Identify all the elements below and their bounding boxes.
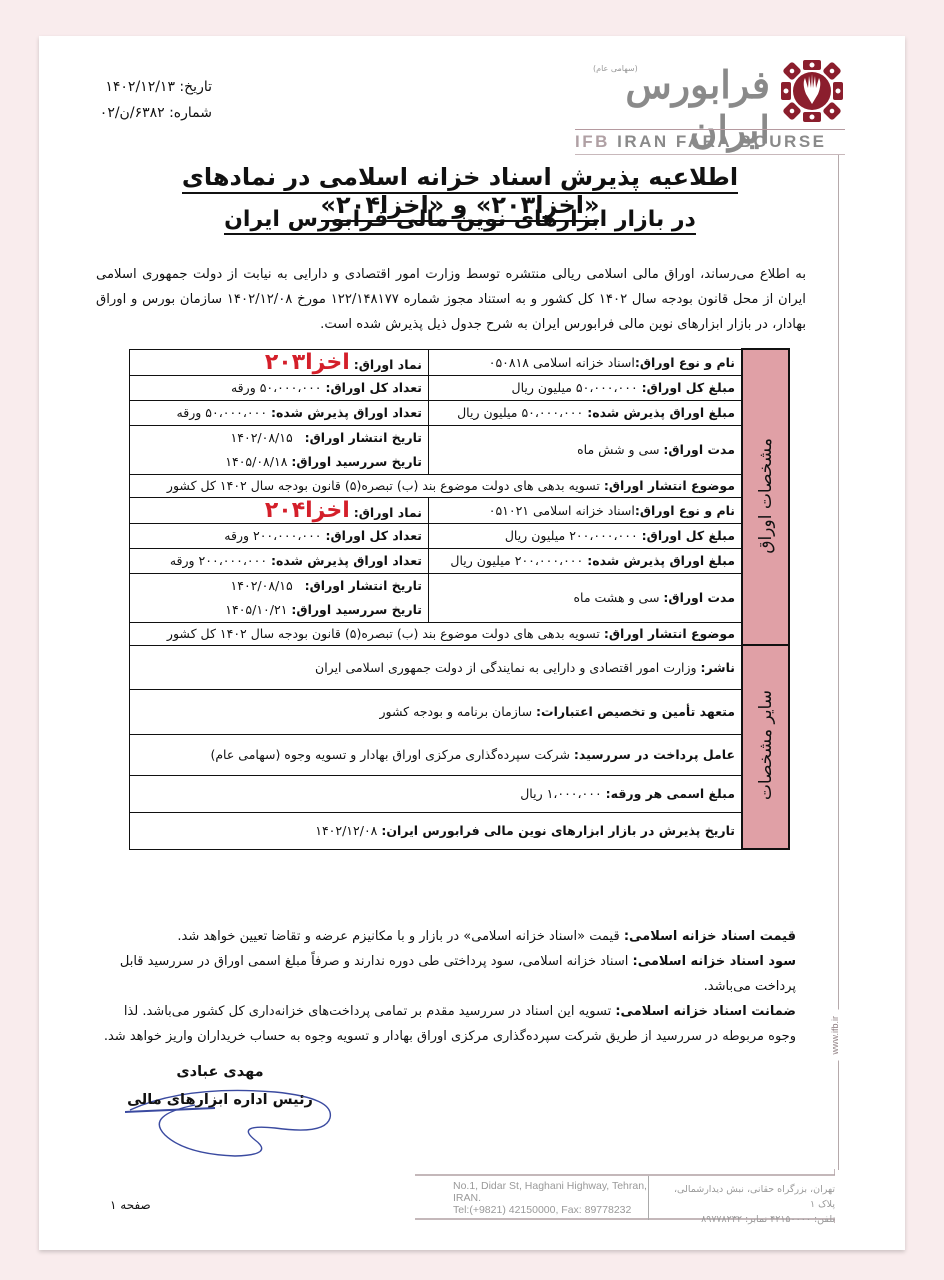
table-row: مبلغ اوراق پذیرش شده: ۵۰،۰۰۰،۰۰۰ میلیون … xyxy=(130,400,790,425)
footer-address-en: No.1, Didar St, Haghani Highway, Tehran,… xyxy=(453,1180,647,1216)
note-guarantee: ضمانت اسناد خزانه اسلامی: تسویه این اسنا… xyxy=(96,999,796,1049)
logo-name-en: IFB IRAN FARA BOURSE xyxy=(575,132,827,152)
page-subtitle: در بازار ابزارهای نوین مالی فرابورس ایرا… xyxy=(120,207,800,232)
table-row: متعهد تأمین و تخصیص اعتبارات: سازمان برن… xyxy=(130,689,790,734)
face-value-row: مبلغ اسمی هر ورقه: ۱،۰۰۰،۰۰۰ ریال xyxy=(130,775,743,812)
bond2-subject: موضوع انتشار اوراق: تسویه بدهی های دولت … xyxy=(130,622,743,645)
footer-phone-en: Tel:(+9821) 42150000, Fax: 89778232 xyxy=(453,1204,647,1216)
footer-phone-fa: تلفن: ۴۲۱۵۰۰۰۰ نمابر: ۸۹۷۷۸۲۳۲ xyxy=(660,1212,835,1227)
bond1-duration: مدت اوراق: سی و شش ماه xyxy=(429,425,743,474)
date-line: تاریخ: ۱۴۰۲/۱۲/۱۳ xyxy=(82,74,212,100)
letter-meta: تاریخ: ۱۴۰۲/۱۲/۱۳ شماره: ۶۳۸۲/ن/۰۲ xyxy=(82,74,212,126)
table-row: مبلغ اسمی هر ورقه: ۱،۰۰۰،۰۰۰ ریال xyxy=(130,775,790,812)
note-profit: سود اسناد خزانه اسلامی: اسناد خزانه اسلا… xyxy=(96,949,796,999)
bond2-accepted-count: تعداد اوراق پذیرش شده: ۲۰۰،۰۰۰،۰۰۰ ورقه xyxy=(130,548,429,573)
bond1-subject: موضوع انتشار اوراق: تسویه بدهی های دولت … xyxy=(130,474,743,497)
section-label-bonds: مشخصات اوراق xyxy=(742,349,789,645)
header-rule xyxy=(575,154,845,155)
date-label: تاریخ: xyxy=(179,79,212,95)
ifb-emblem-icon xyxy=(779,58,845,124)
bond2-name: نام و نوع اوراق:اسناد خزانه اسلامی ۰۵۱۰۲… xyxy=(429,497,743,523)
bond1-name: نام و نوع اوراق:اسناد خزانه اسلامی ۰۵۰۸۱… xyxy=(429,349,743,375)
bond-spec-table: مشخصات اوراق نام و نوع اوراق:اسناد خزانه… xyxy=(129,348,790,850)
number-value: ۶۳۸۲/ن/۰۲ xyxy=(100,105,165,121)
bond2-maturity-date: تاریخ سررسید اوراق: ۱۴۰۵/۱۰/۲۱ xyxy=(130,598,429,623)
bond2-symbol: نماد اوراق: اخزا۲۰۴ xyxy=(130,497,429,523)
table-row: سایر مشخصات ناشر: وزارت امور اقتصادی و د… xyxy=(130,645,790,689)
bond1-total-amount: مبلغ کل اوراق: ۵۰،۰۰۰،۰۰۰ میلیون ریال xyxy=(429,375,743,400)
bond1-accepted-count: تعداد اوراق پذیرش شده: ۵۰،۰۰۰،۰۰۰ ورقه xyxy=(130,400,429,425)
ifb-logo: (سهامی عام) فرابورس ایران IFB IRAN FARA … xyxy=(575,58,845,154)
bond1-accepted-amount: مبلغ اوراق پذیرش شده: ۵۰،۰۰۰،۰۰۰ میلیون … xyxy=(429,400,743,425)
table-row: موضوع انتشار اوراق: تسویه بدهی های دولت … xyxy=(130,474,790,497)
bond2-total-count: تعداد کل اوراق: ۲۰۰،۰۰۰،۰۰۰ ورقه xyxy=(130,523,429,548)
page-number: صفحه ۱ xyxy=(110,1198,151,1212)
bond1-issue-date: تاریخ انتشار اوراق: ۱۴۰۲/۰۸/۱۵ xyxy=(130,425,429,450)
footer-divider xyxy=(648,1176,649,1220)
guarantor-row: متعهد تأمین و تخصیص اعتبارات: سازمان برن… xyxy=(130,689,743,734)
table-row: نام و نوع اوراق:اسناد خزانه اسلامی ۰۵۱۰۲… xyxy=(130,497,790,523)
section-label-other: سایر مشخصات xyxy=(742,645,789,849)
logo-abbr: IFB xyxy=(575,132,610,151)
bond1-symbol: نماد اوراق: اخزا۲۰۳ xyxy=(130,349,429,375)
table-row: مبلغ کل اوراق: ۲۰۰،۰۰۰،۰۰۰ میلیون ریال ت… xyxy=(130,523,790,548)
logo-name-en-text: IRAN FARA BOURSE xyxy=(617,132,826,151)
number-label: شماره: xyxy=(169,105,212,121)
bond2-accepted-amount: مبلغ اوراق پذیرش شده: ۲۰۰،۰۰۰،۰۰۰ میلیون… xyxy=(429,548,743,573)
signature-block: مهدی عبادی رئیس اداره ابزارهای مالی xyxy=(120,1058,320,1114)
signer-title: رئیس اداره ابزارهای مالی xyxy=(120,1086,320,1114)
date-value: ۱۴۰۲/۱۲/۱۳ xyxy=(105,79,175,95)
intro-paragraph: به اطلاع می‌رساند، اوراق مالی اسلامی ریا… xyxy=(96,262,806,337)
notes-section: قیمت اسناد خزانه اسلامی: قیمت «اسناد خزا… xyxy=(96,924,796,1049)
payment-agent-row: عامل پرداخت در سررسید: شرکت سپرده‌گذاری … xyxy=(130,734,743,775)
table-row: مبلغ کل اوراق: ۵۰،۰۰۰،۰۰۰ میلیون ریال تع… xyxy=(130,375,790,400)
bond2-issue-date: تاریخ انتشار اوراق: ۱۴۰۲/۰۸/۱۵ xyxy=(130,573,429,598)
bond1-maturity-date: تاریخ سررسید اوراق: ۱۴۰۵/۰۸/۱۸ xyxy=(130,450,429,475)
bond1-total-count: تعداد کل اوراق: ۵۰،۰۰۰،۰۰۰ ورقه xyxy=(130,375,429,400)
logo-divider xyxy=(575,129,845,130)
table-row: موضوع انتشار اوراق: تسویه بدهی های دولت … xyxy=(130,622,790,645)
note-price: قیمت اسناد خزانه اسلامی: قیمت «اسناد خزا… xyxy=(96,924,796,949)
issuer-row: ناشر: وزارت امور اقتصادی و دارایی به نما… xyxy=(130,645,743,689)
number-line: شماره: ۶۳۸۲/ن/۰۲ xyxy=(82,100,212,126)
acceptance-date-row: تاریخ پذیرش در بازار ابزارهای نوین مالی … xyxy=(130,812,743,849)
table-row: مبلغ اوراق پذیرش شده: ۲۰۰،۰۰۰،۰۰۰ میلیون… xyxy=(130,548,790,573)
bond2-duration: مدت اوراق: سی و هشت ماه xyxy=(429,573,743,622)
table-row: مدت اوراق: سی و هشت ماه تاریخ انتشار اور… xyxy=(130,573,790,598)
bond1-symbol-value: اخزا۲۰۳ xyxy=(265,350,350,375)
table-row: مدت اوراق: سی و شش ماه تاریخ انتشار اورا… xyxy=(130,425,790,450)
table-row: مشخصات اوراق نام و نوع اوراق:اسناد خزانه… xyxy=(130,349,790,375)
website-link[interactable]: www.ifb.ir xyxy=(830,1010,846,1061)
table-row: تاریخ پذیرش در بازار ابزارهای نوین مالی … xyxy=(130,812,790,849)
footer-address-fa: تهران، بزرگراه حقانی، نبش دیدارشمالی، پل… xyxy=(660,1182,835,1227)
signer-name: مهدی عبادی xyxy=(120,1058,320,1086)
table-row: عامل پرداخت در سررسید: شرکت سپرده‌گذاری … xyxy=(130,734,790,775)
bond2-symbol-value: اخزا۲۰۴ xyxy=(265,498,350,523)
bond2-total-amount: مبلغ کل اوراق: ۲۰۰،۰۰۰،۰۰۰ میلیون ریال xyxy=(429,523,743,548)
